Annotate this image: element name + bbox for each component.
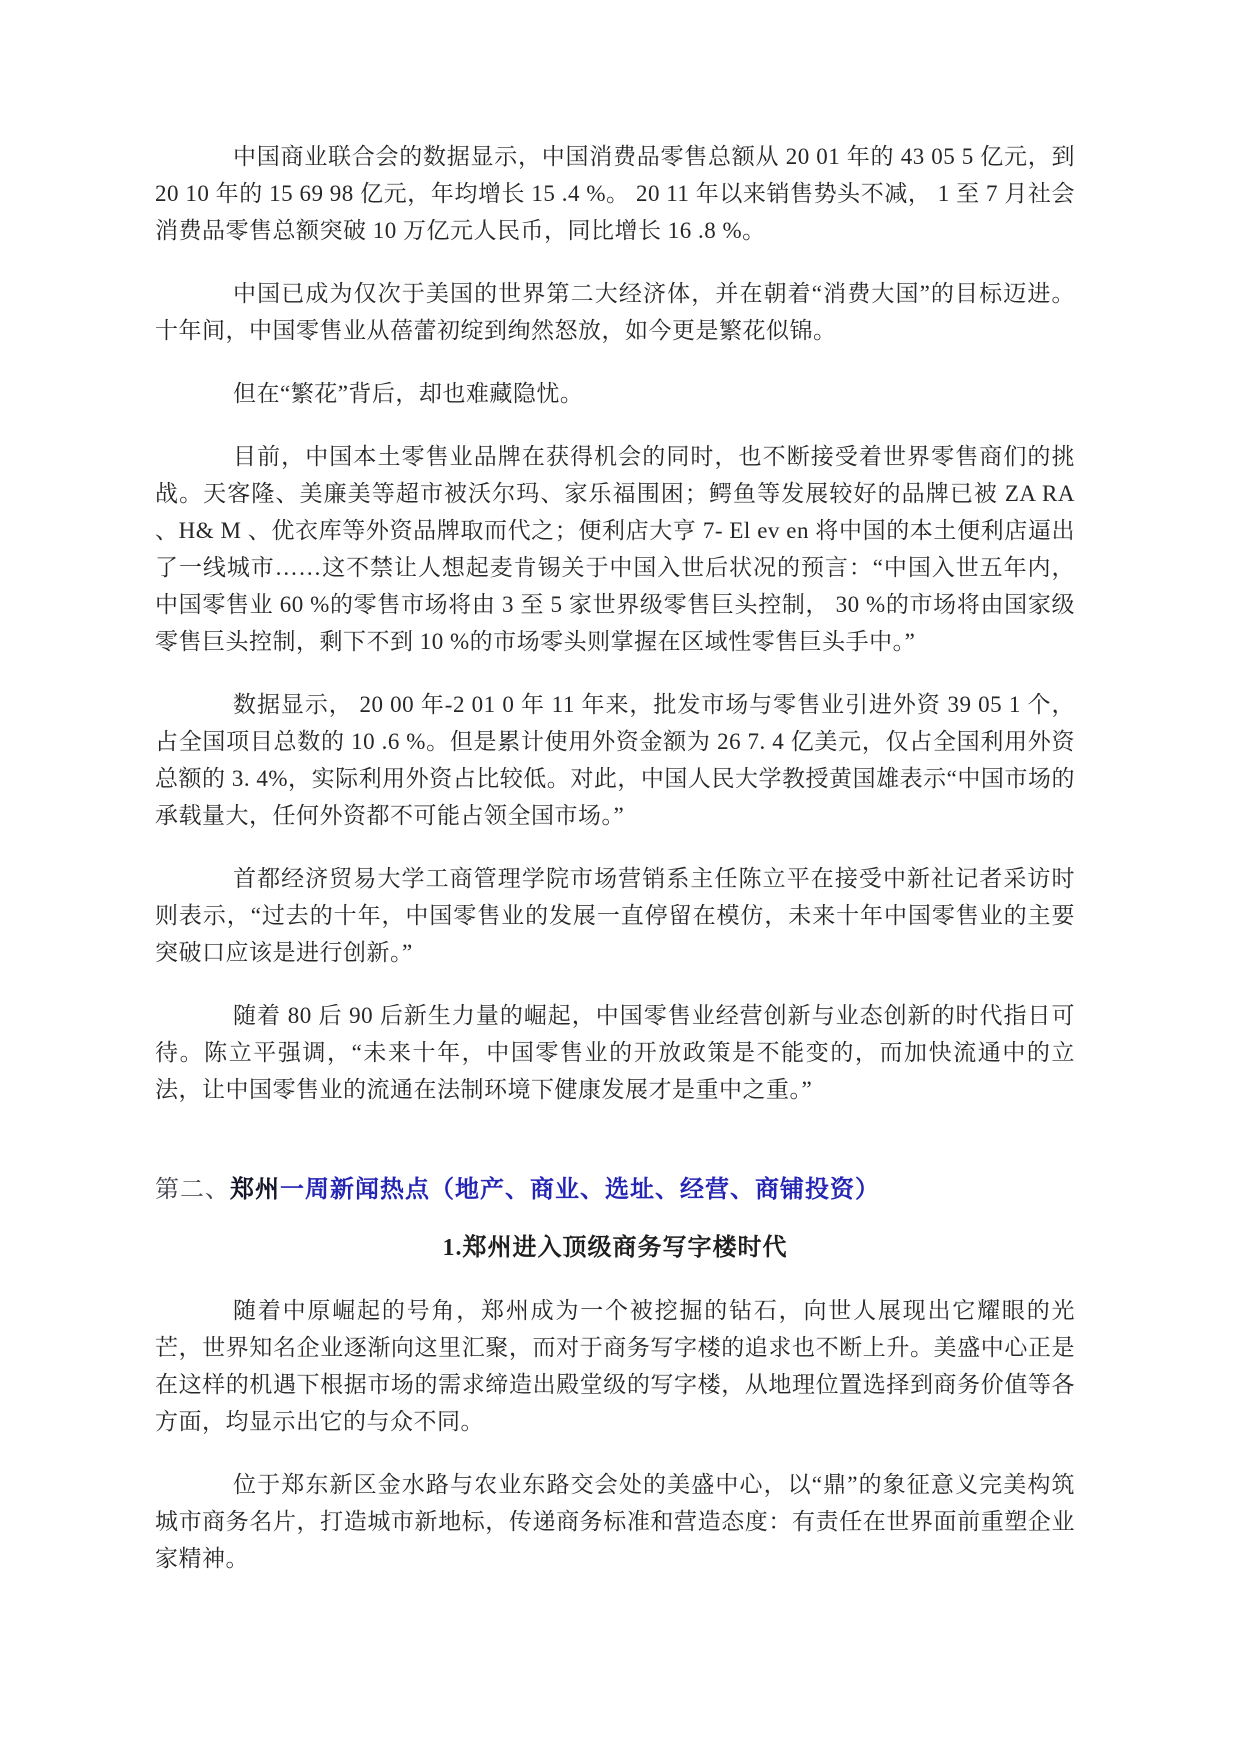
section-title-blue: 一周新闻热点（地产、商业、选址、经营、商铺投资）	[280, 1177, 880, 1203]
paragraph-innovation-era: 随着 80 后 90 后新生力量的崛起，中国零售业经营创新与业态创新的时代指日可…	[155, 997, 1075, 1108]
subsection-heading-office-era: 1.郑州进入顶级商务写字楼时代	[155, 1228, 1075, 1268]
paragraph-professor-chen-comment: 首都经济贸易大学工商管理学院市场营销系主任陈立平在接受中新社记者采访时则表示，“…	[155, 860, 1075, 971]
paragraph-foreign-capital-data: 数据显示， 20 00 年-2 01 0 年 11 年来，批发市场与零售业引进外…	[155, 686, 1075, 834]
paragraph-hidden-worries: 但在“繁花”背后，却也难藏隐忧。	[155, 375, 1075, 412]
paragraph-zhengzhou-rise: 随着中原崛起的号角，郑州成为一个被挖掘的钻石，向世人展现出它耀眼的光芒，世界知名…	[155, 1292, 1075, 1440]
document-page: 中国商业联合会的数据显示，中国消费品零售总额从 20 01 年的 43 05 5…	[0, 0, 1240, 1753]
section-heading-zhengzhou-news: 第二、郑州一周新闻热点（地产、商业、选址、经营、商铺投资）	[155, 1170, 1075, 1210]
paragraph-retail-sales-data: 中国商业联合会的数据显示，中国消费品零售总额从 20 01 年的 43 05 5…	[155, 138, 1075, 249]
section-city-label: 郑州	[230, 1177, 280, 1203]
section-number-label: 第二、	[155, 1177, 230, 1203]
paragraph-meisheng-center: 位于郑东新区金水路与农业东路交会处的美盛中心，以“鼎”的象征意义完美构筑城市商务…	[155, 1466, 1075, 1577]
paragraph-foreign-competition: 目前，中国本土零售业品牌在获得机会的同时，也不断接受着世界零售商们的挑战。天客隆…	[155, 438, 1075, 660]
paragraph-second-economy: 中国已成为仅次于美国的世界第二大经济体，并在朝着“消费大国”的目标迈进。十年间，…	[155, 275, 1075, 349]
